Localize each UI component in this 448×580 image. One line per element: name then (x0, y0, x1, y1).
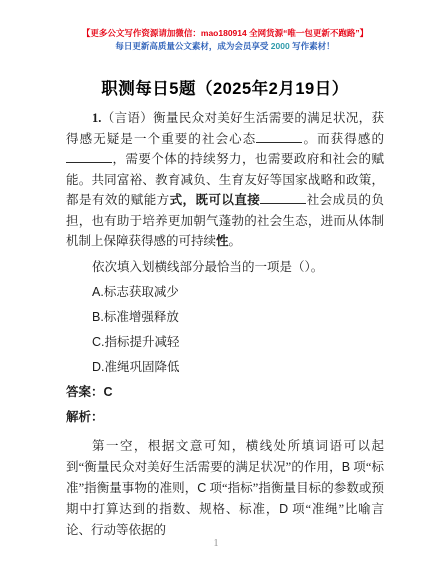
explanation-paragraph: 第一空，根据文意可知，横线处所填词语可以起到“衡量民众对美好生活需要的满足状况”… (66, 436, 384, 541)
option-row-a: A.标志获取减少 (66, 282, 384, 302)
promo-header: 【更多公文写作资源请加微信：mao180914 全网货源“唯一包更新不跑路”】 … (36, 27, 414, 53)
question-seg7: 。 (229, 234, 242, 248)
option-label-d: D. (92, 360, 105, 374)
option-label-a: A. (92, 285, 104, 299)
document-page: 【更多公文写作资源请加微信：mao180914 全网货源“唯一包更新不跑路”】 … (0, 0, 448, 580)
question-seg2: 。而获得感的 (302, 132, 384, 146)
page-number: 1 (0, 538, 432, 549)
option-label-b: B. (92, 310, 104, 324)
promo-line2-prefix: 每日更新高质量公文素材，成为会员享受 (115, 41, 270, 51)
analysis-colon: ： (91, 410, 104, 424)
analysis-row: 解析： (66, 407, 384, 427)
blank-underline-3 (260, 191, 306, 204)
question-seg6-bold: 性 (216, 234, 229, 248)
promo-line1: 【更多公文写作资源请加微信：mao180914 全网货源“唯一包更新不跑路”】 (36, 27, 414, 40)
explanation-letter-c: C (197, 481, 206, 495)
question-seg4-bold: 式，既可以直接 (170, 193, 261, 207)
answer-row: 答案：C (66, 382, 384, 402)
option-text-b: 标准增强释放 (104, 310, 179, 324)
question-paragraph: 1.（言语）衡量民众对美好生活需要的满足状况，获得感无疑是一个重要的社会心态。而… (66, 108, 384, 252)
question-number: 1. (92, 111, 101, 125)
explanation-seg1: 第一空，根据文意可知，横线处所填词语可以起到“衡量民众对美好生活需要的满足状况”… (66, 439, 384, 474)
promo-line2-suffix: 写作素材！ (290, 41, 335, 51)
explanation-letter-b: B (342, 460, 350, 474)
option-text-a: 标志获取减少 (104, 285, 179, 299)
option-text-c: 指标提升减轻 (105, 335, 180, 349)
explanation-letter-d: D (279, 502, 288, 516)
promo-line2: 每日更新高质量公文素材，成为会员享受 2000 写作素材！ (36, 40, 414, 53)
blank-underline-2 (66, 150, 112, 163)
option-row-b: B.标准增强释放 (66, 307, 384, 327)
option-text-d: 准绳巩固降低 (105, 360, 180, 374)
option-label-c: C. (92, 335, 105, 349)
question-prompt: 依次填入划横线部分最恰当的一项是（）。 (66, 257, 384, 277)
option-row-c: C.指标提升减轻 (66, 332, 384, 352)
answer-colon: ： (91, 385, 104, 399)
promo-line2-number: 2000 (271, 41, 290, 51)
option-row-d: D.准绳巩固降低 (66, 357, 384, 377)
blank-underline-1 (256, 130, 302, 143)
answer-label: 答案 (66, 385, 91, 399)
page-title: 职测每日5题（2025年2月19日） (66, 80, 384, 99)
answer-value: C (104, 385, 113, 399)
analysis-label: 解析 (66, 410, 91, 424)
